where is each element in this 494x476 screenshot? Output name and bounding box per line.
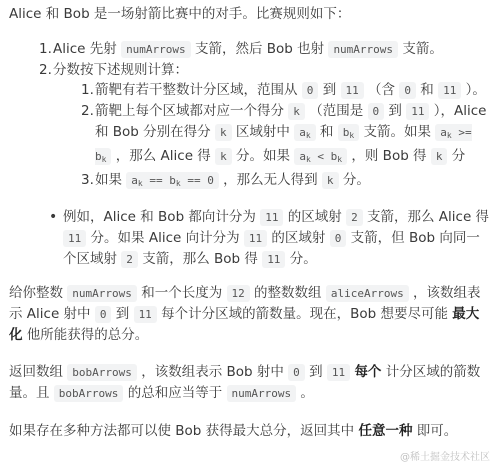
list-number: 2.: [39, 60, 52, 80]
list-number: 1.: [39, 39, 52, 59]
bullet-icon: •: [49, 207, 57, 227]
intro-paragraph: Alice 和 Bob 是一场射箭比赛中的对手。比赛规则如下：: [9, 4, 491, 24]
scoring-rules-list: 1. 箭靶有若干整数计分区域，范围从 0 到 11 （含 0 和 11 ）。 2…: [53, 80, 491, 194]
watermark: @稀土掘金技术社区: [400, 448, 490, 468]
rule-item-1: 1. Alice 先射 numArrows 支箭，然后 Bob 也射 numAr…: [39, 39, 491, 60]
code-numArrows: numArrows: [328, 41, 398, 58]
input-description-paragraph: 给你整数 numArrows 和一个长度为 12 的整数数组 aliceArro…: [9, 283, 491, 345]
code-numArrows: numArrows: [121, 41, 191, 58]
rules-list: 1. Alice 先射 numArrows 支箭，然后 Bob 也射 numAr…: [9, 39, 491, 194]
final-note-paragraph: 如果存在多种方法都可以使 Bob 获得最大总分，返回其中 任意一种 即可。: [9, 421, 491, 441]
example-list: • 例如，Alice 和 Bob 都向计分为 11 的区域射 2 支箭，那么 A…: [9, 207, 491, 270]
example-item: • 例如，Alice 和 Bob 都向计分为 11 的区域射 2 支箭，那么 A…: [53, 207, 491, 270]
scoring-rule-3: 3. 如果 ak == bk == 0 ，那么无人得到 k 分。: [81, 170, 491, 194]
scoring-rule-2: 2. 箭靶上每个区域都对应一个得分 k （范围是 0 到 11 ），Alice …: [81, 101, 491, 170]
problem-description: Alice 和 Bob 是一场射箭比赛中的对手。比赛规则如下： 1. Alice…: [9, 4, 491, 441]
return-description-paragraph: 返回数组 bobArrows ，该数组表示 Bob 射中 0 到 11 每个 计…: [9, 362, 491, 404]
scoring-rule-1: 1. 箭靶有若干整数计分区域，范围从 0 到 11 （含 0 和 11 ）。: [81, 80, 491, 101]
rule-item-2: 2. 分数按下述规则计算： 1. 箭靶有若干整数计分区域，范围从 0 到 11 …: [39, 60, 491, 194]
